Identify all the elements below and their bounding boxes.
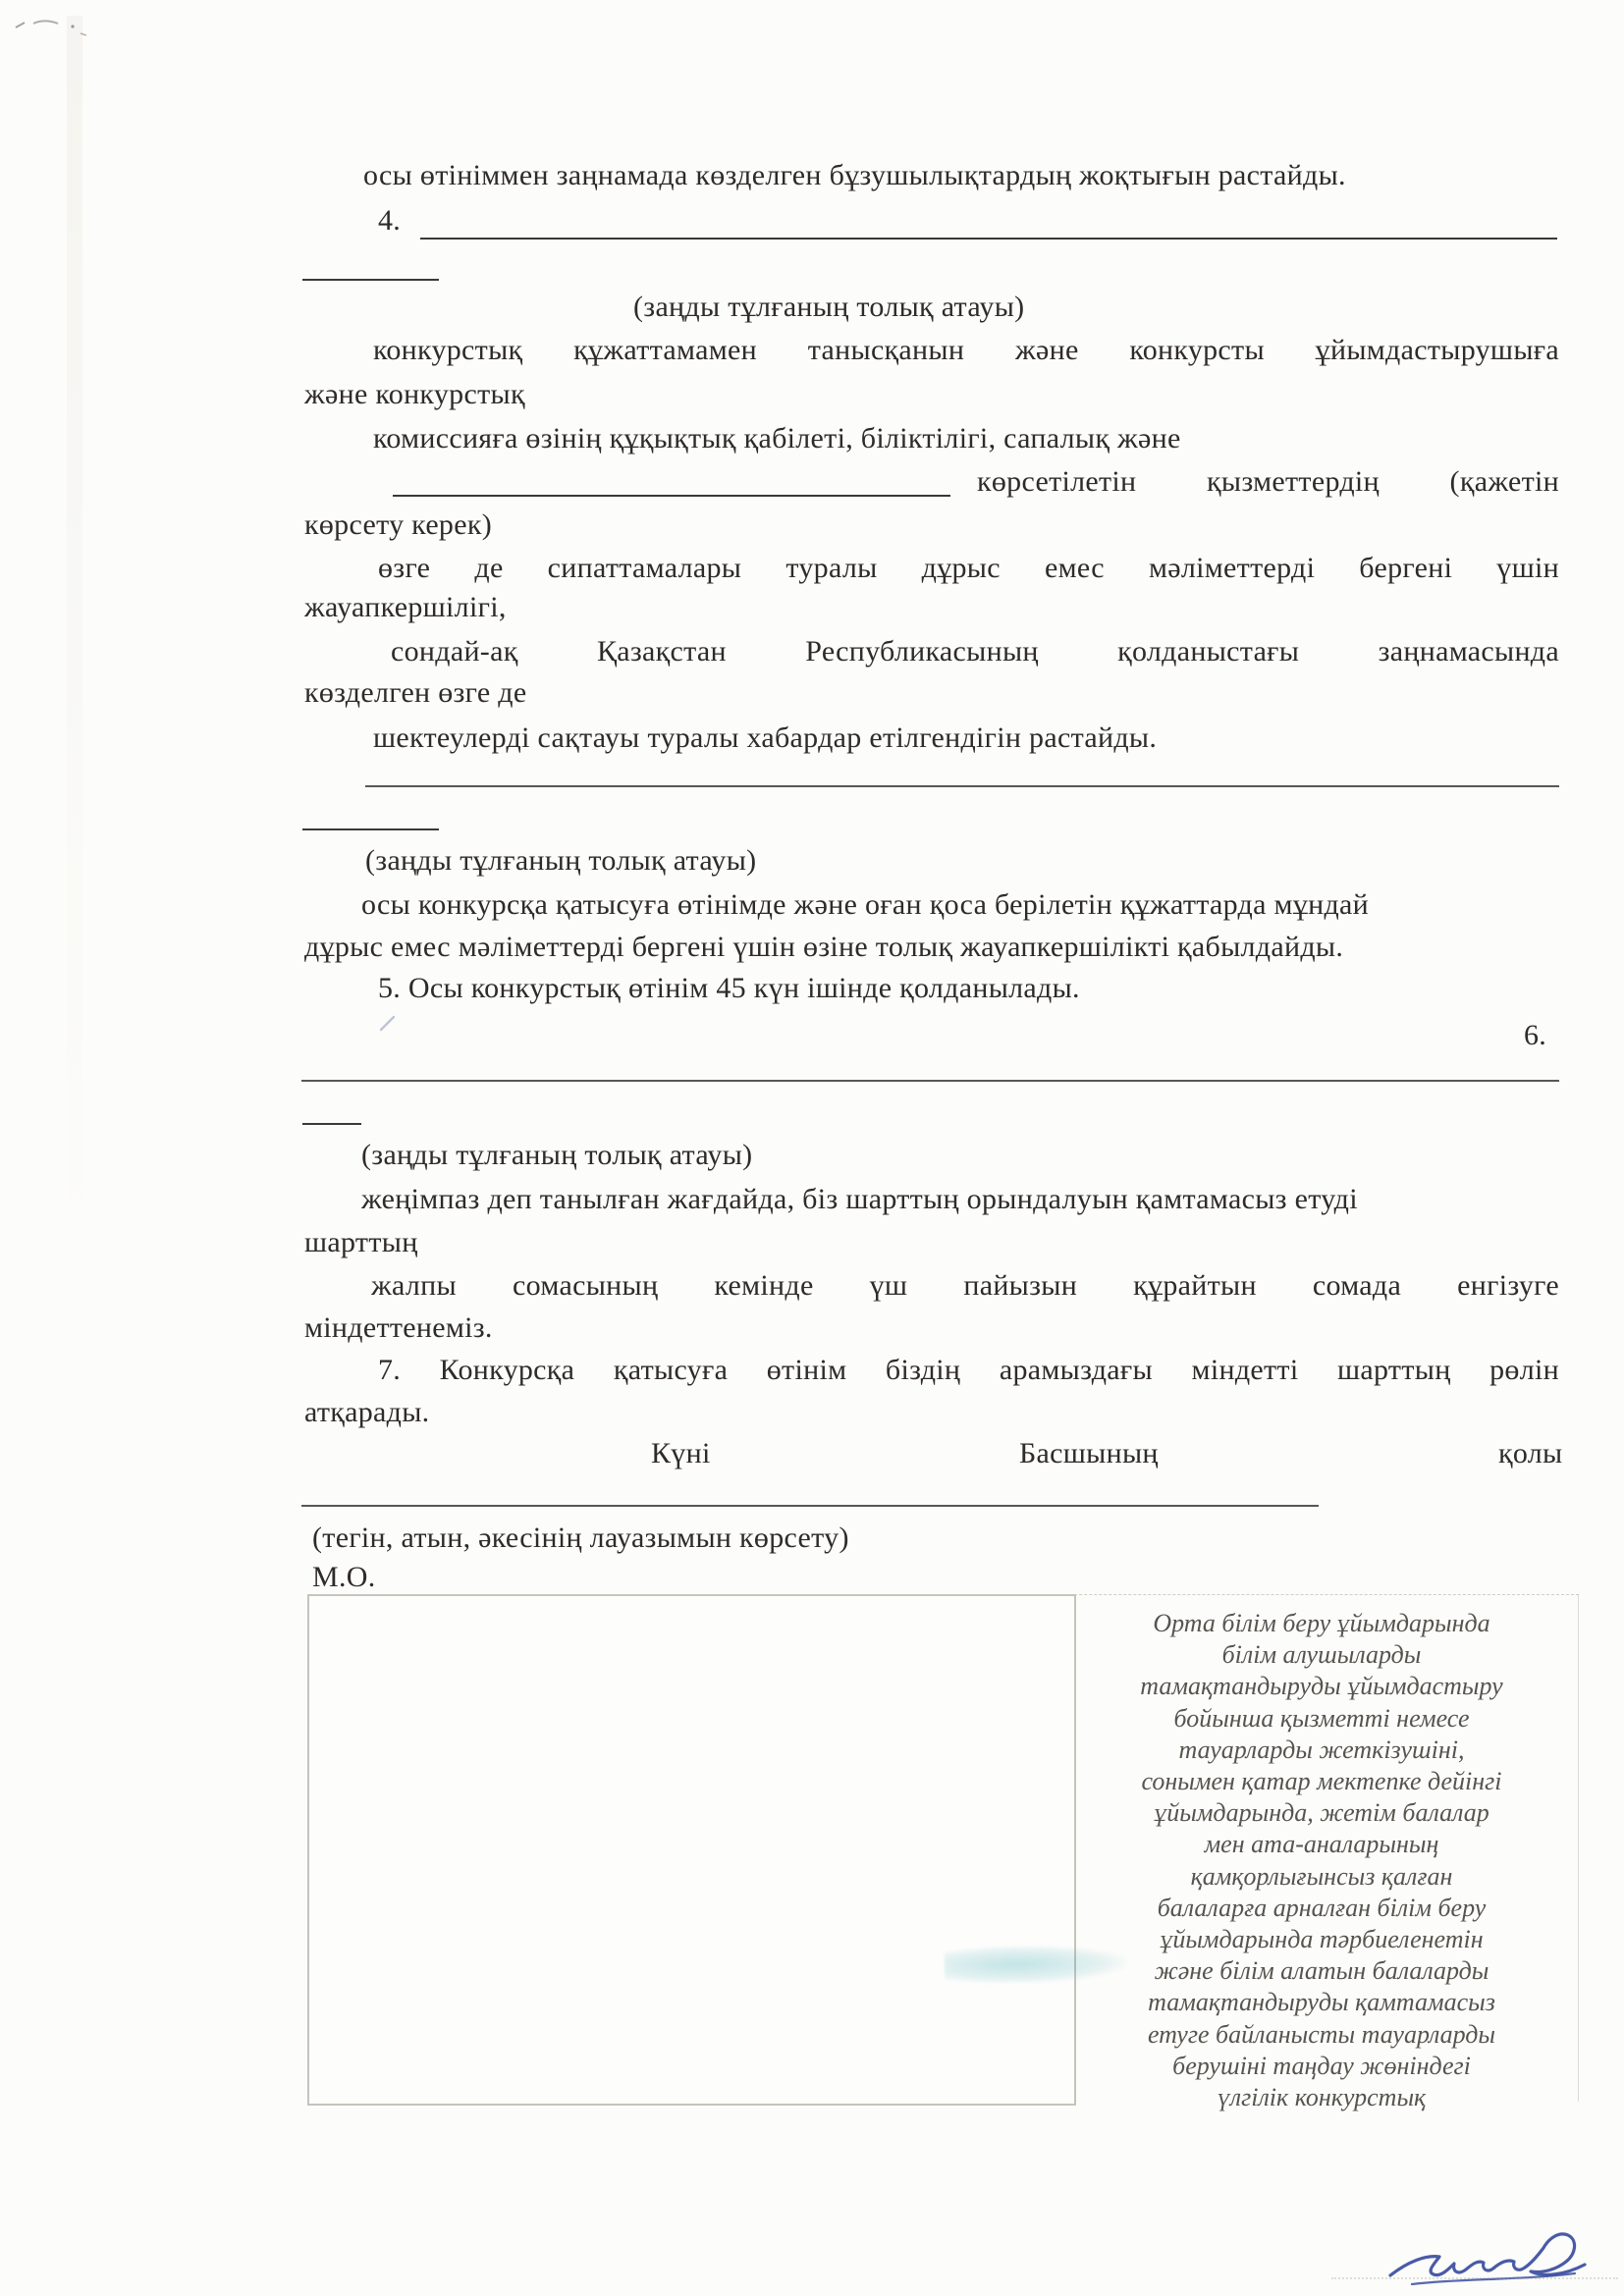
text-line: осы өтініммен заңнамада көзделген бұзушы…	[363, 157, 1346, 194]
side-note-line: және білім алатын балаларды	[1080, 1955, 1563, 1987]
text-line: конкурстық құжаттамамен танысқанын және …	[373, 332, 1559, 369]
text-line: жалпы сомасының кемінде үш пайызын құрай…	[371, 1267, 1559, 1305]
side-note-line: Орта білім беру ұйымдарында	[1080, 1608, 1563, 1639]
side-note-line: қамқорлығынсыз қалған	[1080, 1861, 1563, 1893]
pencil-marks	[12, 12, 120, 45]
side-note-line: сонымен қатар мектепке дейінгі	[1080, 1766, 1563, 1797]
side-note-line: тауарларды жеткізушіні,	[1080, 1735, 1563, 1766]
side-note-line: ұйымдарында, жетім балалар	[1080, 1797, 1563, 1829]
item4-number: 4.	[378, 202, 401, 240]
blank-line	[365, 752, 1559, 787]
blank-line	[301, 1046, 1559, 1082]
text-line: өзге де сипаттамалары туралы дұрыс емес …	[378, 550, 1559, 587]
blank-line	[302, 245, 439, 281]
caption-legal-entity: (заңды тұлғаның толық атауы)	[361, 1137, 752, 1174]
text-line: осы конкурсқа қатысуға өтінімде және оға…	[361, 886, 1369, 924]
scan-dust	[1331, 2277, 1618, 2279]
text-line: шарттың	[304, 1224, 418, 1261]
text-line: міндеттенеміз.	[304, 1309, 493, 1347]
item7-text: 7. Конкурсқа қатысуға өтінім біздің арам…	[378, 1352, 1559, 1389]
handwritten-signature	[1382, 2222, 1598, 2294]
side-note-line: ұйымдарында тәрбиеленетін	[1080, 1924, 1563, 1955]
pen-mark	[379, 1015, 397, 1033]
side-note-line: білім алушыларды	[1080, 1639, 1563, 1671]
date-label: Күні	[651, 1435, 711, 1472]
text-line: жеңімпаз деп танылған жағдайда, біз шарт…	[361, 1181, 1358, 1218]
text-line: комиссияға өзінің құқықтық қабілеті, біл…	[373, 420, 1181, 457]
signature-label: қолы	[1498, 1435, 1563, 1472]
item5-text: 5. Осы конкурстық өтінім 45 күн ішінде қ…	[378, 970, 1080, 1007]
seal-box	[307, 1594, 1076, 2106]
caption-legal-entity: (заңды тұлғаның толық атауы)	[633, 289, 1024, 326]
scanned-document-page: осы өтініммен заңнамада көзделген бұзушы…	[0, 0, 1624, 2296]
blank-line	[301, 1471, 1319, 1507]
caption-surname-position: (тегін, атын, әкесінің лауазымын көрсету…	[312, 1520, 849, 1557]
text-line: және конкурстық	[304, 376, 525, 413]
text-line: атқарады.	[304, 1394, 429, 1431]
caption-legal-entity: (заңды тұлғаның толық атауы)	[365, 842, 756, 880]
text-line: сондай-ақ Қазақстан Республикасының қолд…	[391, 633, 1559, 670]
side-note-line: тамақтандыруды ұйымдастыру	[1080, 1671, 1563, 1702]
side-note-line: берушіні таңдау жөніндегі	[1080, 2051, 1563, 2082]
blank-line	[393, 461, 950, 497]
side-note-line: тамақтандыруды қамтамасыз	[1080, 1987, 1563, 2018]
text-line: көрсетілетін қызметтердің (қажетін	[977, 463, 1559, 501]
head-label: Басшының	[1019, 1435, 1159, 1472]
blank-line	[420, 204, 1557, 240]
ink-smudge	[945, 1944, 1127, 1984]
table-rule-vertical	[1578, 1594, 1579, 2102]
text-line: дұрыс емес мәліметтерді бергені үшін өзі…	[304, 929, 1343, 966]
seal-label: М.О.	[312, 1559, 376, 1596]
side-note-line: бойынша қызметті немесе	[1080, 1703, 1563, 1735]
side-note-line: етуге байланысты тауарларды	[1080, 2019, 1563, 2051]
side-note-line: мен ата-аналарының	[1080, 1829, 1563, 1860]
text-line: көзделген өзге де	[304, 674, 526, 712]
side-note-line: балаларға арналған білім беру	[1080, 1893, 1563, 1924]
blank-line	[302, 1090, 361, 1125]
text-line: көрсету керек)	[304, 507, 492, 544]
side-note-line: үлгілік конкурстық	[1080, 2082, 1563, 2113]
blank-line	[302, 795, 439, 830]
side-note: Орта білім беру ұйымдарында білім алушыл…	[1080, 1608, 1563, 2113]
text-line: жауапкершілігі,	[304, 589, 507, 626]
scanner-streak	[67, 16, 82, 1311]
